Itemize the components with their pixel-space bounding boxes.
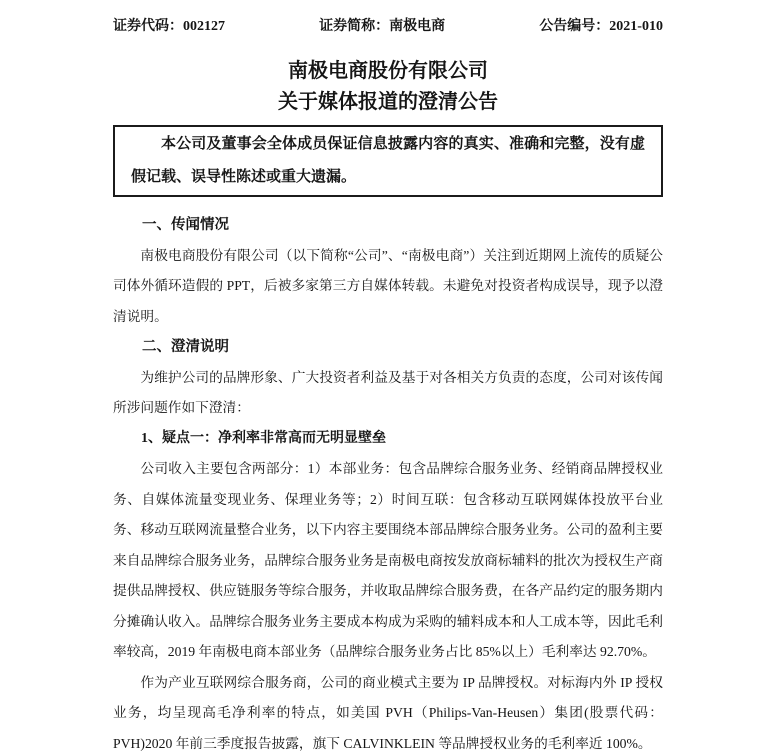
- stock-code: 证券代码：002127: [113, 17, 225, 37]
- section-2-subheading: 1、疑点一：净利率非常高而无明显壁垒: [113, 424, 663, 455]
- disclaimer-text: 本公司及董事会全体成员保证信息披露内容的真实、准确和完整，没有虚假记载、误导性陈…: [131, 128, 645, 194]
- disclaimer-box: 本公司及董事会全体成员保证信息披露内容的真实、准确和完整，没有虚假记载、误导性陈…: [113, 125, 663, 197]
- section-2-heading: 二、澄清说明: [113, 332, 663, 363]
- document-title: 南极电商股份有限公司 关于媒体报道的澄清公告: [113, 56, 663, 118]
- section-2-paragraph-2: 作为产业互联网综合服务商，公司的商业模式主要为 IP 品牌授权。对标海内外 IP…: [113, 668, 663, 756]
- doc-header: 证券代码：002127 证券简称：南极电商 公告编号：2021-010: [113, 0, 663, 37]
- stock-name: 证券简称：南极电商: [319, 17, 445, 37]
- section-2-intro: 为维护公司的品牌形象、广大投资者利益及基于对各相关方负责的态度，公司对该传闻所涉…: [113, 363, 663, 424]
- section-1-heading: 一、传闻情况: [113, 210, 663, 241]
- document-title-line2: 关于媒体报道的澄清公告: [113, 87, 663, 118]
- section-2-paragraph-1: 公司收入主要包含两部分：1）本部业务：包含品牌综合服务业务、经销商品牌授权业务、…: [113, 454, 663, 668]
- section-1-paragraph: 南极电商股份有限公司（以下简称“公司”、“南极电商”）关注到近期网上流传的质疑公…: [113, 241, 663, 333]
- announcement-number: 公告编号：2021-010: [539, 17, 663, 37]
- document-title-line1: 南极电商股份有限公司: [113, 56, 663, 87]
- document-page: 证券代码：002127 证券简称：南极电商 公告编号：2021-010 南极电商…: [0, 0, 767, 756]
